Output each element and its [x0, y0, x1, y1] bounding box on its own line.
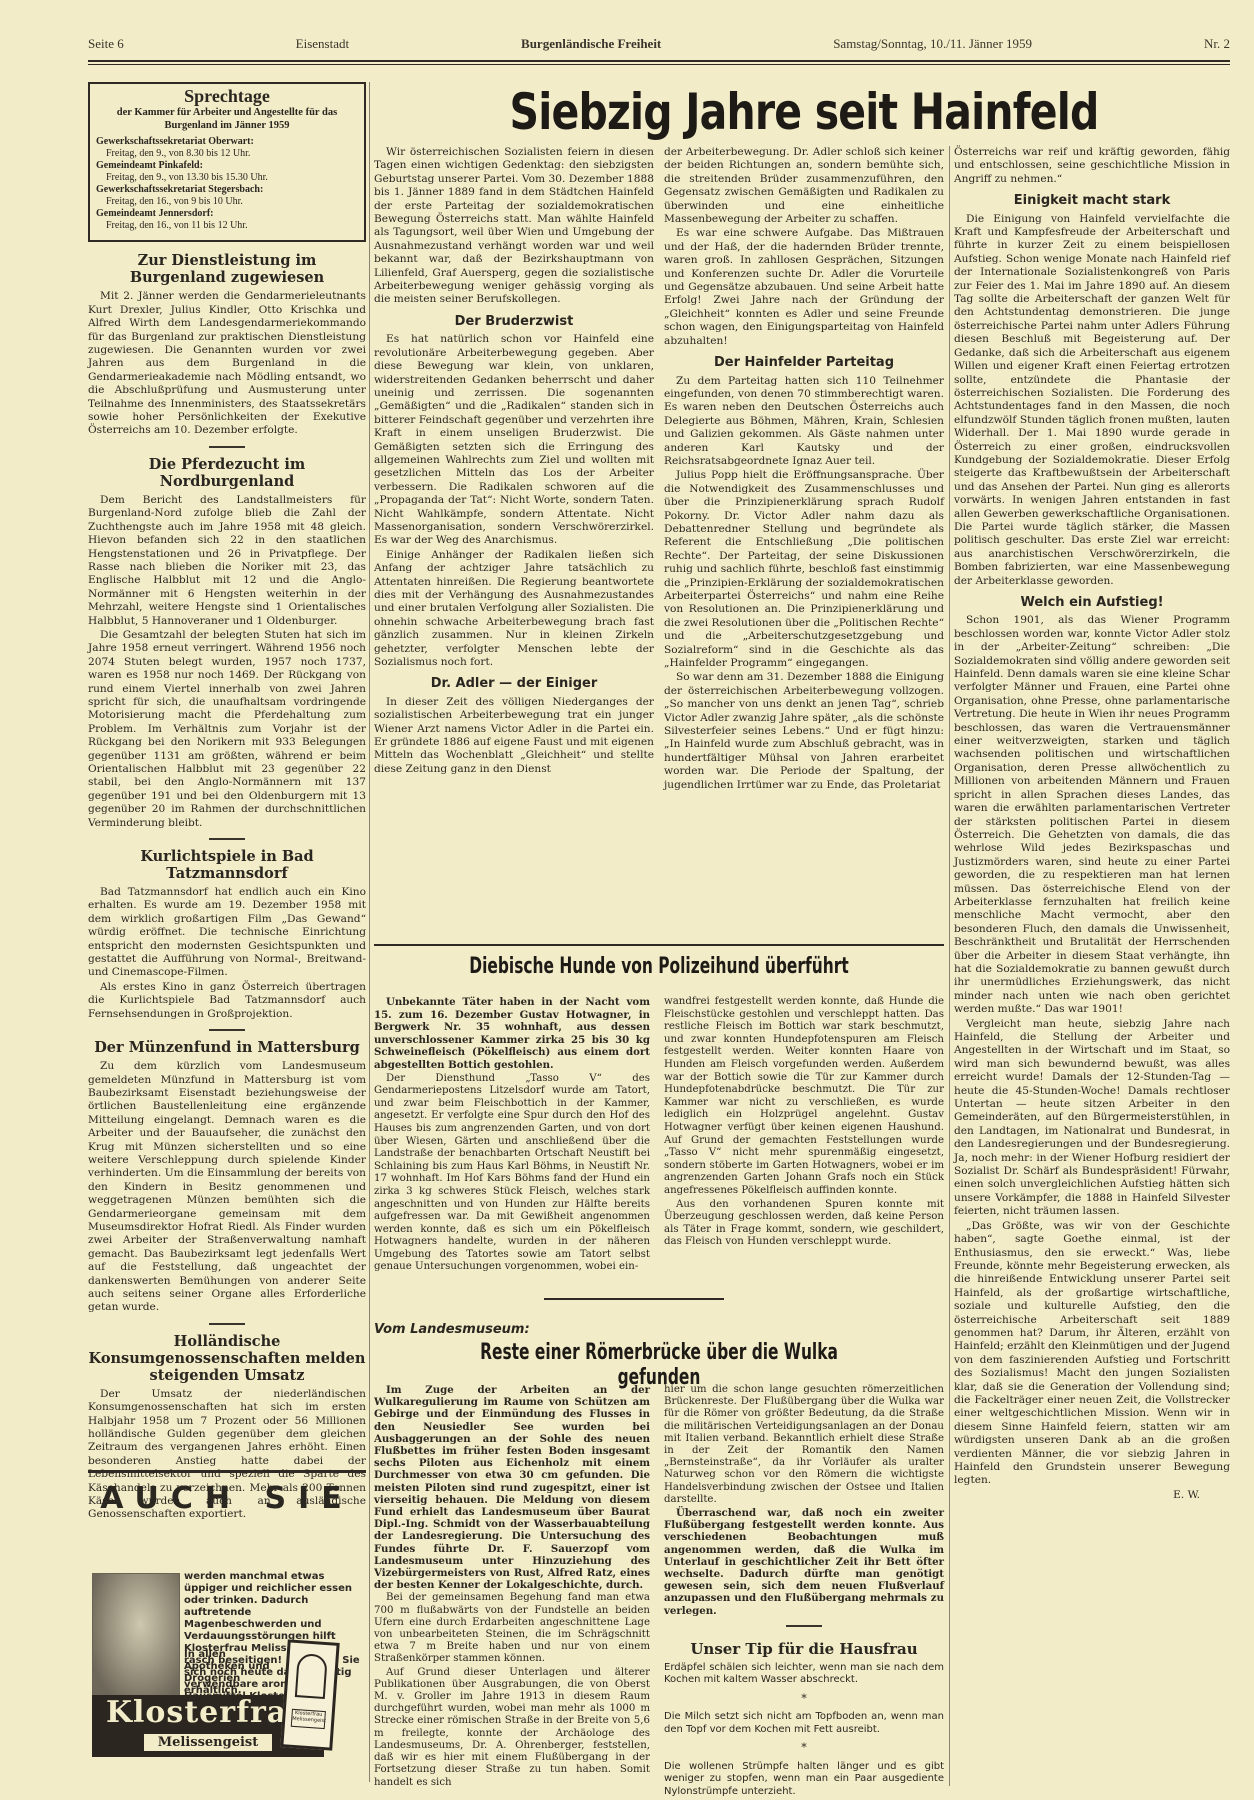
subheadline: Einigkeit macht stark: [954, 194, 1230, 207]
article-lead: Unbekannte Täter haben in der Nacht vom …: [374, 996, 650, 1072]
subheadline: Der Bruderzwist: [374, 315, 654, 328]
column-divider: [949, 146, 950, 1786]
article-headline: Der Münzenfund in Mattersburg: [88, 1039, 366, 1056]
asterisk-separator: *: [664, 1693, 944, 1705]
main-headline: Siebzig Jahre seit Hainfeld: [455, 82, 1154, 142]
article-paragraph: Es hat natürlich schon vor Hainfeld eine…: [374, 333, 654, 548]
dog-story-column-1: Unbekannte Täter haben in der Nacht vom …: [374, 996, 650, 1275]
tip-item: Die wollenen Strümpfe halten länger und …: [664, 1761, 944, 1799]
article-kurlichtspiele: Kurlichtspiele in Bad Tatzmannsdorf Bad …: [88, 848, 366, 1021]
article-paragraph: Einige Anhänger der Radikalen ließen sic…: [374, 549, 654, 670]
sprechtage-place: Gewerkschaftssekretariat Oberwart:: [96, 136, 358, 148]
newspaper-page: Seite 6 Eisenstadt Burgenländische Freih…: [88, 36, 1236, 1786]
article-headline: Holländische Konsumgenossenschaften meld…: [88, 1333, 366, 1384]
article-lead: Im Zuge der Arbeiten an der Wulkaregulie…: [374, 1384, 650, 1591]
issue-date: Samstag/Sonntag, 10./11. Jänner 1959: [833, 36, 1032, 52]
article-paragraph: Mit 2. Jänner werden die Gendarmerieleut…: [88, 290, 366, 437]
article-headline: Zur Dienstleistung im Burgenland zugewie…: [88, 252, 366, 286]
article-paragraph: Österreichs war reif und kräftig geworde…: [954, 146, 1230, 186]
city: Eisenstadt: [296, 36, 349, 52]
tips-headline: Unser Tip für die Hausfrau: [664, 1641, 944, 1658]
article-paragraph: „Das Größte, was wir von der Geschichte …: [954, 1220, 1230, 1488]
ad-product-name: Melissengeist: [144, 1734, 273, 1751]
article-paragraph: Wir österreichischen Sozialisten feiern …: [374, 146, 654, 307]
article-pferdezucht: Die Pferdezucht im Nordburgenland Dem Be…: [88, 456, 366, 830]
article-paragraph: Zu dem Parteitag hatten sich 110 Teilneh…: [664, 375, 944, 469]
sprechtage-place: Gewerkschaftssekretariat Stegersbach:: [96, 184, 358, 196]
main-story-column-c: Österreichs war reif und kräftig geworde…: [954, 146, 1230, 1502]
main-story-column-a: Wir österreichischen Sozialisten feiern …: [374, 146, 654, 777]
article-paragraph: Überraschend war, daß noch ein zweiter F…: [664, 1507, 944, 1617]
bottle-icon: Klosterfrau Melissengeist: [280, 1639, 339, 1750]
main-story-column-b: der Arbeiterbewegung. Dr. Adler schloß s…: [664, 146, 944, 793]
article-dienstleistung: Zur Dienstleistung im Burgenland zugewie…: [88, 252, 366, 437]
masthead-rule: [88, 60, 1230, 65]
tips-section: Erdäpfel schälen sich leichter, wenn man…: [664, 1662, 944, 1799]
article-paragraph: Der Diensthund „Tasso V“ des Gendarmerie…: [374, 1073, 650, 1275]
divider: [209, 838, 245, 840]
article-paragraph: Dem Bericht des Landstallmeisters für Bu…: [88, 494, 366, 628]
sprechtage-title: Sprechtage: [96, 90, 358, 103]
dog-story-headline: Diebische Hunde von Polizeihund überführ…: [437, 954, 882, 979]
tip-item: Erdäpfel schälen sich leichter, wenn man…: [664, 1662, 944, 1687]
sprechtage-place: Gemeindeamt Pinkafeld:: [96, 160, 358, 172]
bridge-story-column-1: Im Zuge der Arbeiten an der Wulkaregulie…: [374, 1384, 650, 1790]
sprechtage-place: Gemeindeamt Jennersdorf:: [96, 208, 358, 220]
article-paragraph: Es war eine schwere Aufgabe. Das Mißtrau…: [664, 227, 944, 348]
author-signature: E. W.: [954, 1489, 1230, 1502]
bridge-story-headline: Reste einer Römerbrücke über die Wulka g…: [437, 1340, 882, 1390]
issue-number: Nr. 2: [1204, 36, 1230, 52]
article-paragraph: wandfrei festgestellt werden konnte, daß…: [664, 996, 944, 1198]
article-headline: Die Pferdezucht im Nordburgenland: [88, 456, 366, 490]
article-headline: Kurlichtspiele in Bad Tatzmannsdorf: [88, 848, 366, 882]
article-paragraph: Bei der gemeinsamen Begehung fand man et…: [374, 1592, 650, 1665]
sprechtage-box: Sprechtage der Kammer für Arbeiter und A…: [88, 82, 366, 242]
article-paragraph: der Arbeiterbewegung. Dr. Adler schloß s…: [664, 146, 944, 226]
divider: [209, 446, 245, 448]
column-divider: [369, 82, 370, 1782]
article-paragraph: So war denn am 31. Dezember 1888 die Ein…: [664, 671, 944, 792]
article-paragraph: Auf Grund dieser Unterlagen und älterer …: [374, 1667, 650, 1789]
newspaper-name: Burgenländische Freiheit: [521, 36, 661, 52]
sprechtage-time: Freitag, den 9., von 13.30 bis 15.30 Uhr…: [96, 172, 358, 184]
article-paragraph: Als erstes Kino in ganz Österreich übert…: [88, 981, 366, 1021]
article-paragraph: Julius Popp hielt die Eröffnungsansprach…: [664, 469, 944, 670]
subheadline: Welch ein Aufstieg!: [954, 596, 1230, 609]
sprechtage-time: Freitag, den 16., von 11 bis 12 Uhr.: [96, 220, 358, 232]
tip-item: Die Milch setzt sich nicht am Topfboden …: [664, 1711, 944, 1736]
section-divider: [374, 944, 944, 946]
divider: [209, 1323, 245, 1325]
masthead: Seite 6 Eisenstadt Burgenländische Freih…: [88, 36, 1230, 58]
divider: [209, 1029, 245, 1031]
article-paragraph: Schon 1901, als das Wiener Programm besc…: [954, 614, 1230, 1016]
subheadline: Der Hainfelder Parteitag: [664, 356, 944, 369]
bridge-story-column-2: hier um die schon lange gesuchten römerz…: [664, 1384, 944, 1799]
divider: [786, 1625, 822, 1627]
asterisk-separator: *: [664, 1742, 944, 1754]
sprechtage-time: Freitag, den 16., von 9 bis 10 Uhr.: [96, 196, 358, 208]
bridge-story-kicker: Vom Landesmuseum:: [374, 1322, 530, 1337]
article-muenzenfund: Der Münzenfund in Mattersburg Zu dem kür…: [88, 1039, 366, 1315]
article-paragraph: Zu dem kürzlich vom Landesmuseum gemelde…: [88, 1060, 366, 1315]
article-paragraph: In dieser Zeit des völligen Niederganges…: [374, 696, 654, 776]
article-paragraph: Die Einigung von Hainfeld vervielfachte …: [954, 213, 1230, 588]
article-paragraph: Vergleicht man heute, siebzig Jahre nach…: [954, 1018, 1230, 1219]
dog-story-column-2: wandfrei festgestellt werden konnte, daß…: [664, 996, 944, 1250]
sprechtage-subtitle: der Kammer für Arbeiter und Angestellte …: [96, 107, 358, 132]
ad-availability: In allen Apotheken und Drogerien erhältl…: [184, 1649, 284, 1697]
ad-headline: AUCH SIE: [88, 1481, 366, 1516]
article-paragraph: Aus den vorhandenen Spuren konnte mit Üb…: [664, 1199, 944, 1249]
subheadline: Dr. Adler — der Einiger: [374, 677, 654, 690]
article-paragraph: Bad Tatzmannsdorf hat endlich auch ein K…: [88, 886, 366, 980]
section-divider: [544, 1298, 724, 1300]
bottle-label: Klosterfrau Melissengeist: [291, 1709, 326, 1729]
bottle-arch-icon: [295, 1653, 328, 1699]
ad-portrait-photo: [92, 1573, 180, 1701]
article-paragraph: Die Gesamtzahl der belegten Stuten hat s…: [88, 629, 366, 830]
sprechtage-time: Freitag, den 9., von 8.30 bis 12 Uhr.: [96, 148, 358, 160]
page-number: Seite 6: [88, 36, 124, 52]
article-paragraph: hier um die schon lange gesuchten römerz…: [664, 1384, 944, 1506]
left-column: Sprechtage der Kammer für Arbeiter und A…: [88, 82, 366, 1523]
klosterfrau-advertisement: AUCH SIE werden manchmal etwas üppiger u…: [88, 1470, 366, 1760]
